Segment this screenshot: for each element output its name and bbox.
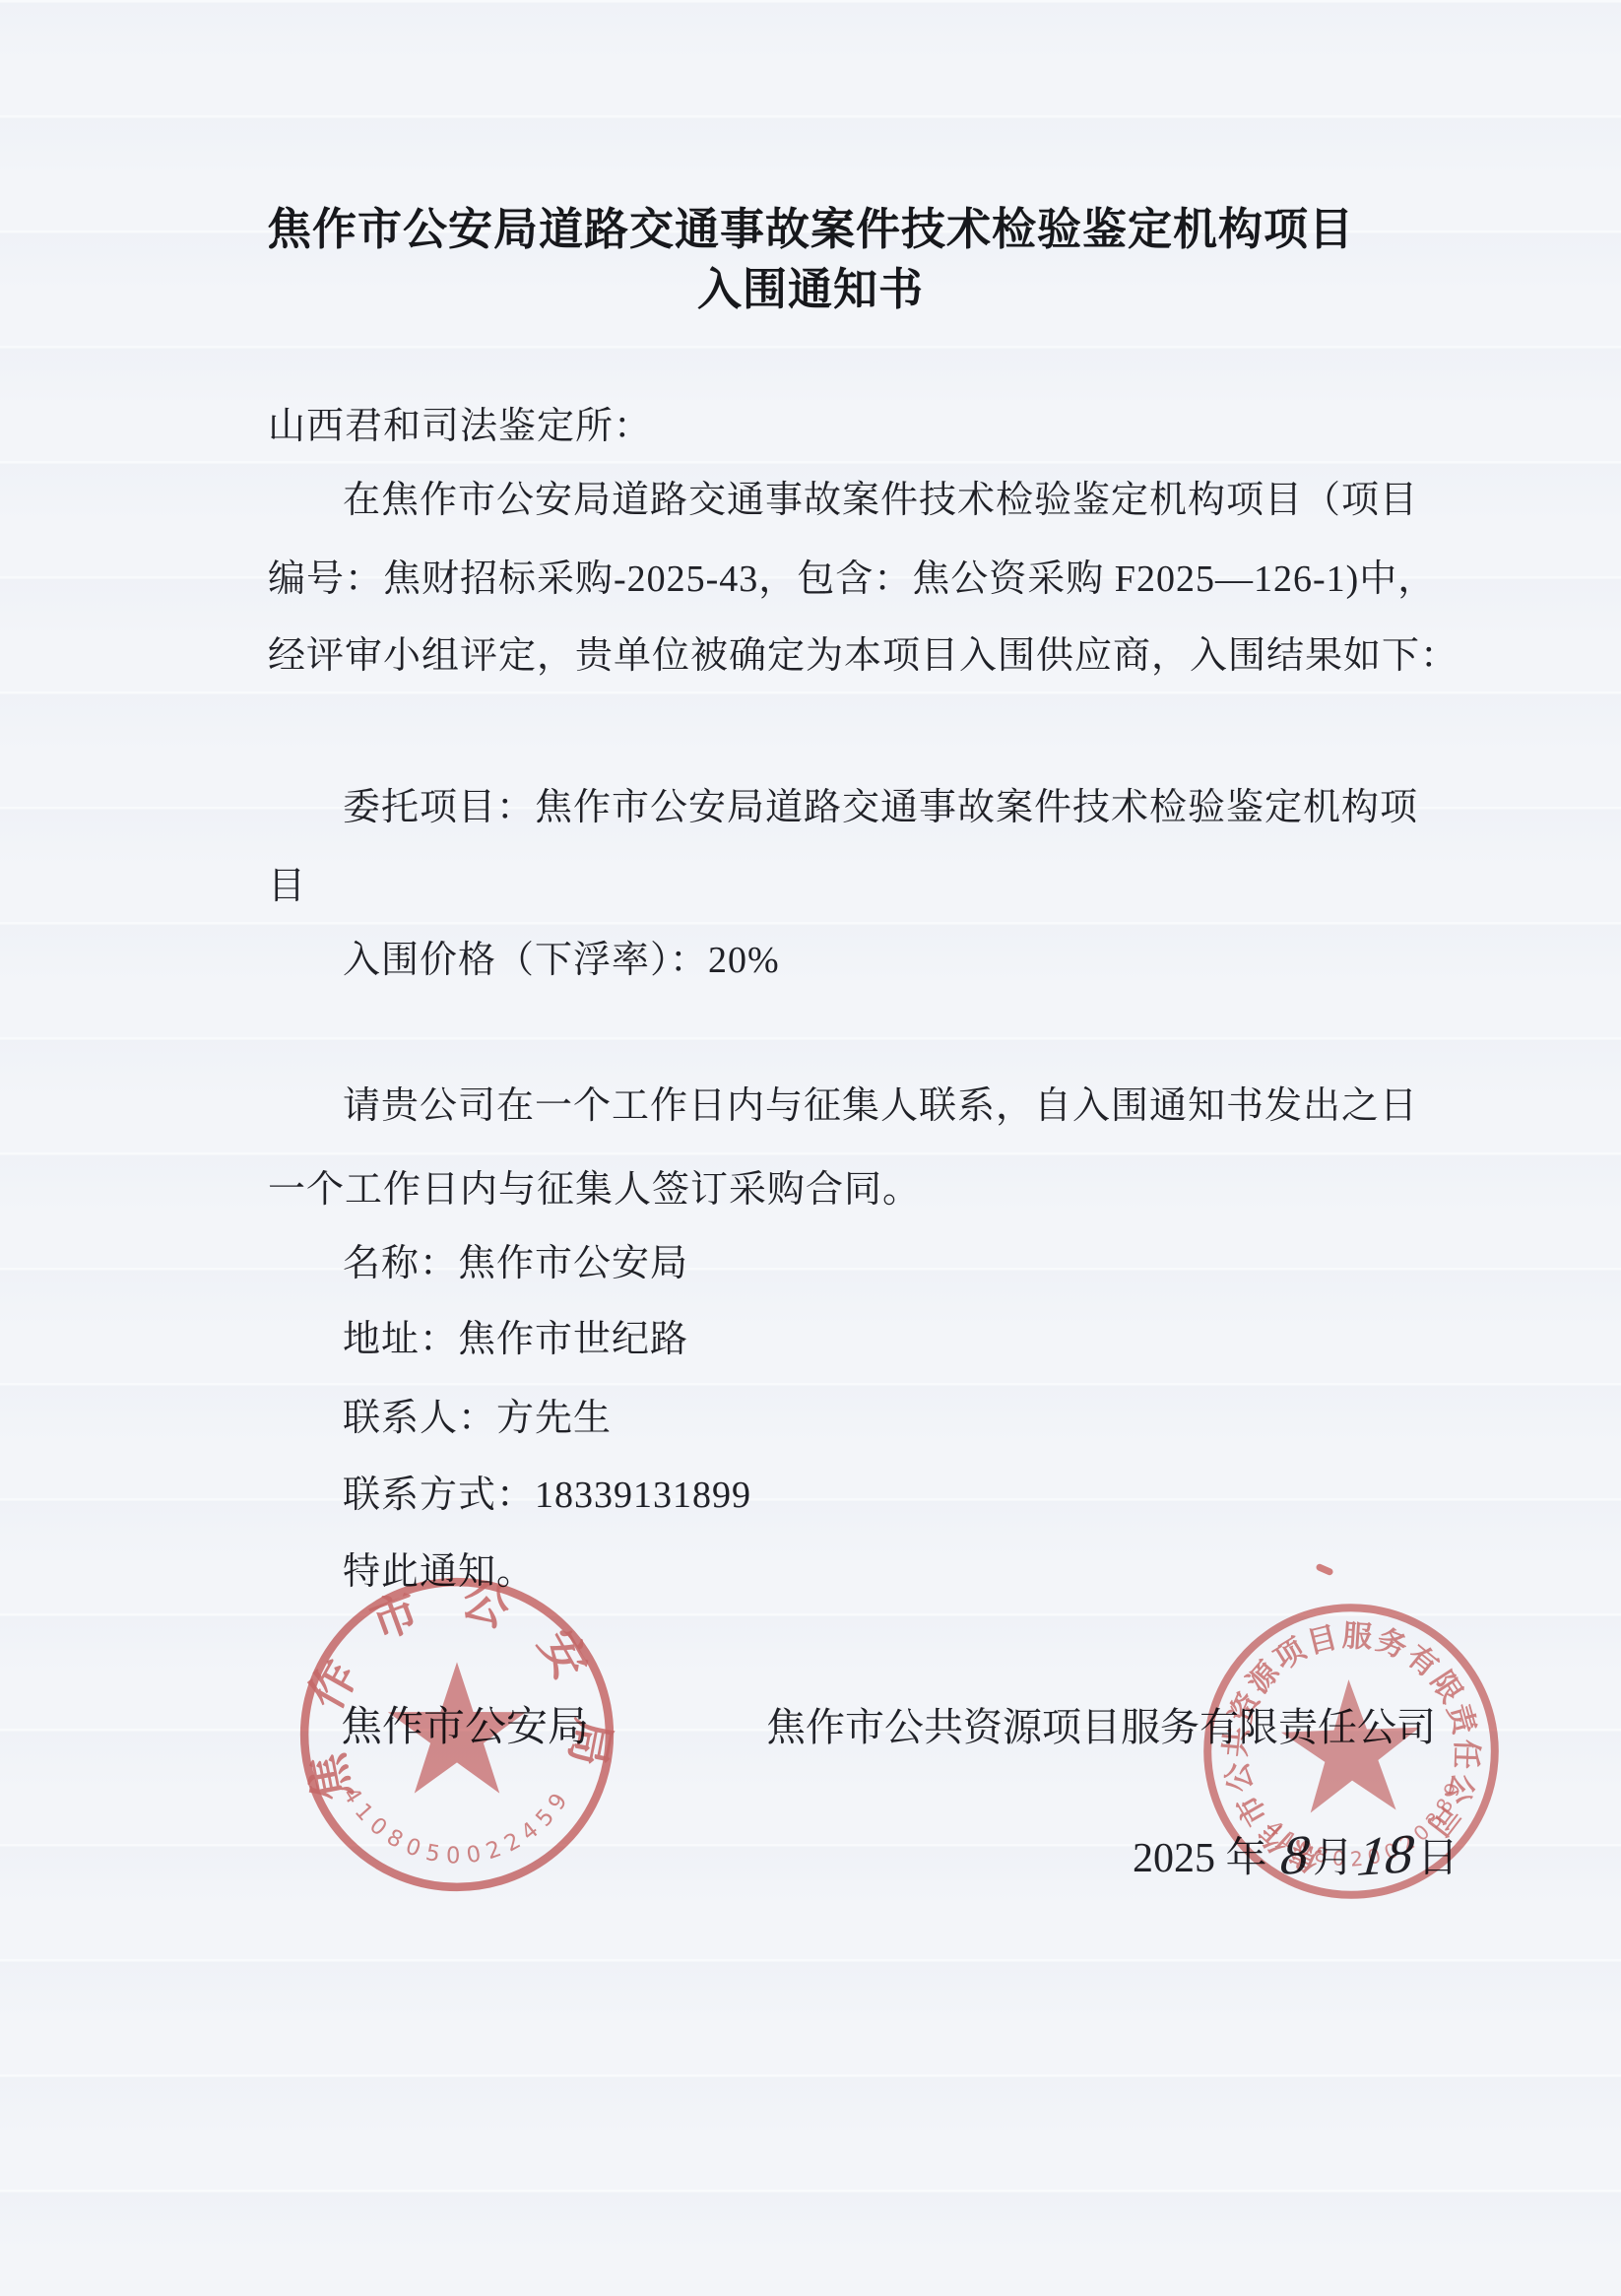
seal-left-serial: 4108050022459 bbox=[337, 1783, 576, 1869]
contact-person-line: 联系人：方先生 bbox=[343, 1387, 612, 1441]
document-title-line2: 入围通知书 bbox=[0, 253, 1621, 317]
body-line: 编号：焦财招标采购-2025-43，包含：焦公资采购 F2025—126-1)中… bbox=[268, 548, 1436, 602]
body-line: 在焦作市公安局道路交通事故案件技术检验鉴定机构项目（项目 bbox=[343, 469, 1418, 523]
official-seal-left-police: 焦作市公安局 4108050022459 bbox=[290, 1567, 624, 1902]
seal-left-graphic: 焦作市公安局 4108050022459 bbox=[290, 1567, 624, 1902]
project-line-wrap: 目 bbox=[268, 855, 306, 909]
date-year: 2025 bbox=[1133, 1836, 1215, 1881]
contact-phone-line: 联系方式：18339131899 bbox=[343, 1464, 751, 1518]
seal-left-star bbox=[388, 1662, 526, 1793]
contact-addr-line: 地址：焦作市世纪路 bbox=[343, 1308, 688, 1362]
project-line: 委托项目：焦作市公安局道路交通事故案件技术检验鉴定机构项 bbox=[343, 776, 1418, 830]
price-line: 入围价格（下浮率）：20% bbox=[343, 929, 780, 983]
contact-name-line: 名称：焦作市公安局 bbox=[343, 1232, 688, 1286]
stray-ink-mark bbox=[1315, 1563, 1333, 1577]
body-line: 一个工作日内与征集人签订采购合同。 bbox=[268, 1158, 921, 1213]
svg-text:4108050022459: 4108050022459 bbox=[337, 1783, 576, 1869]
body-line: 请贵公司在一个工作日内与征集人联系，自入围通知书发出之日 bbox=[343, 1075, 1418, 1129]
seal-right-star bbox=[1279, 1677, 1422, 1814]
body-line: 经评审小组评定，贵单位被确定为本项目入围供应商，入围结果如下： bbox=[268, 624, 1459, 679]
document-title-line1: 焦作市公安局道路交通事故案件技术检验鉴定机构项目 bbox=[0, 193, 1621, 257]
addressee-line: 山西君和司法鉴定所： bbox=[268, 395, 652, 449]
document-page: 焦作市公安局道路交通事故案件技术检验鉴定机构项目 入围通知书 山西君和司法鉴定所… bbox=[0, 0, 1621, 2296]
